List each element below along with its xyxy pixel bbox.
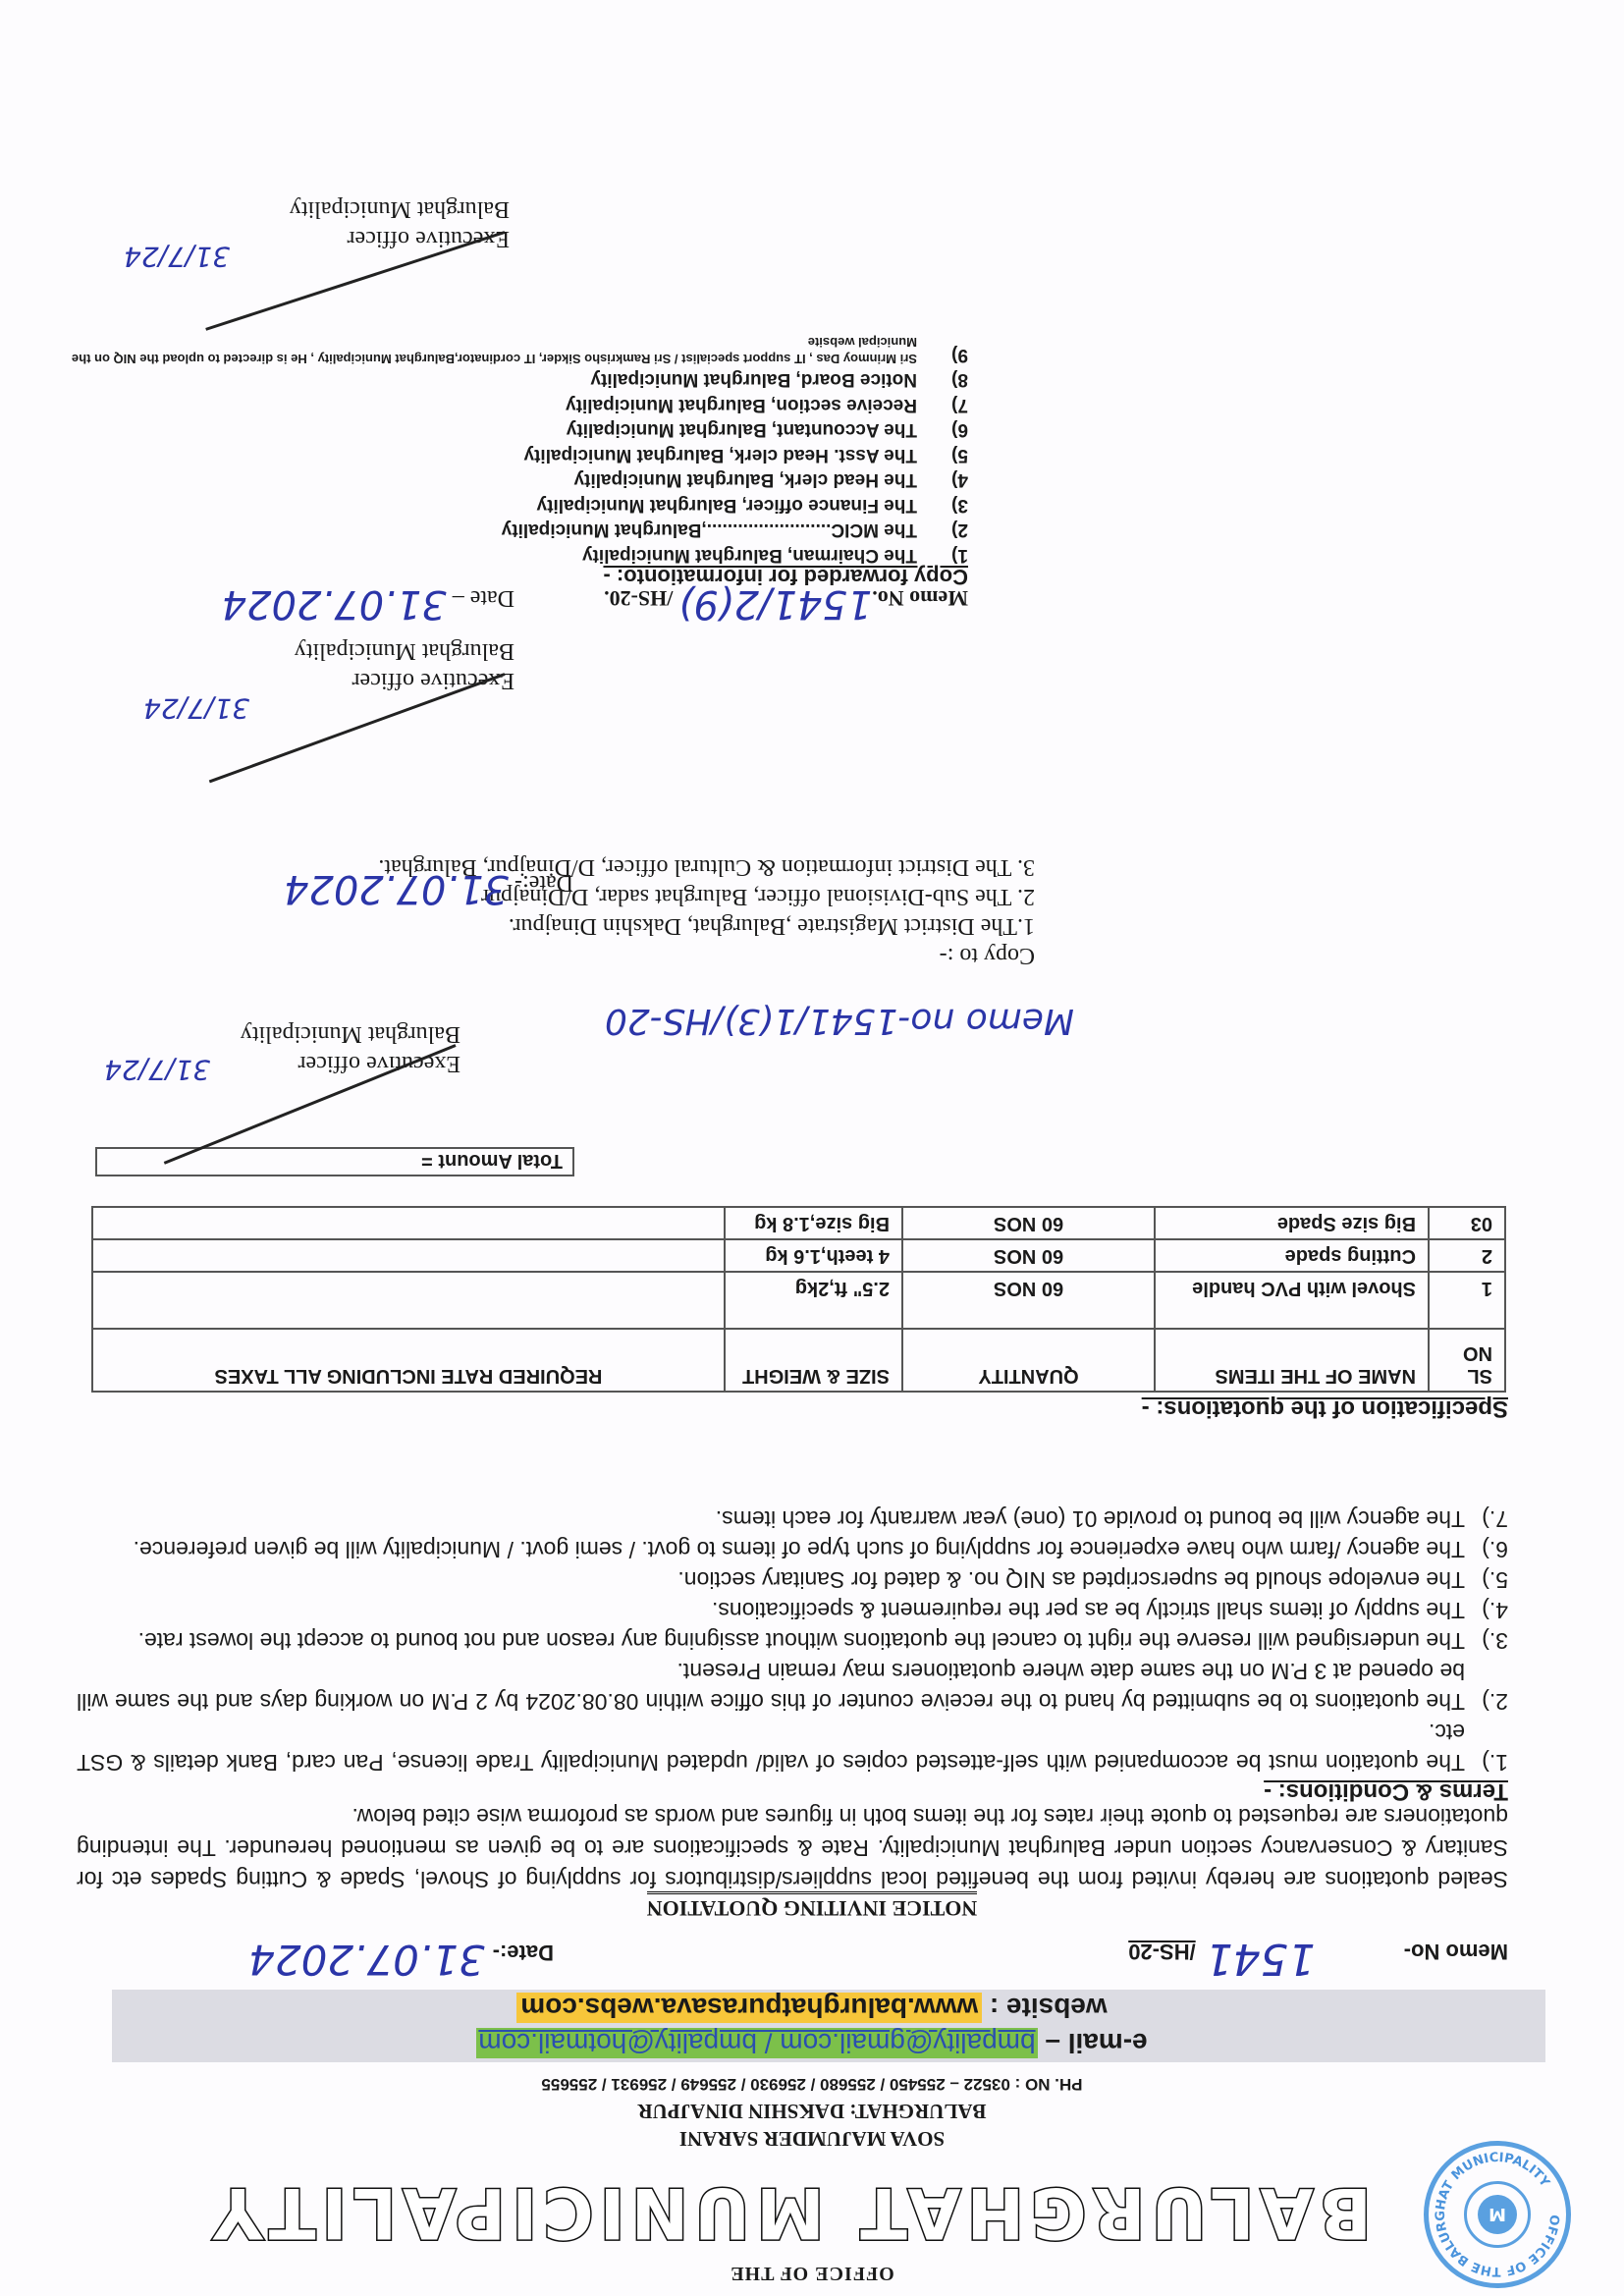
date-handwritten: 31.07.2024 [248,1936,484,1984]
website-label: website : [990,1993,1108,2023]
col-size-weight: SIZE & WEIGHT [725,1329,902,1392]
col-required-rate: REQUIRED RATE INCLUDING ALL TAXES [92,1329,725,1392]
col-quantity: QUANTITY [902,1329,1155,1392]
signature-date: Date –31.07.2024 [222,581,514,627]
signatory-office: Balurghat Municipality [241,1019,460,1049]
memo-number: Memo No-1541/HS-20 [1128,1934,1508,1984]
office-of-label: OFFICE OF THE [0,2262,1624,2284]
term-item: 5.)The envelope should be superscripted … [77,1564,1508,1595]
date-label: Date:- [493,1941,554,1965]
copy-to-memo-handwritten: Memo no-1541/1(3)/HS-20 [605,1001,1074,1041]
signature-initial-date: 31/7/24 [104,1054,210,1086]
list-item: 9)Sri Mrinmoy Das , IT support specialis… [0,334,968,367]
scanned-document-page: OFFICE OF THE BALURGHAT MUNICIPALITY M O… [0,0,1624,2296]
list-item: 1)The Chairman, Balurghat Municipality [0,543,968,569]
website-link[interactable]: www.balurghatpurasava.webs.com [516,1993,982,2023]
memo-date: Date:-31.07.2024 [248,1936,554,1984]
signature-block: Executive officer Balurghat Municipality [290,194,510,253]
address-line-2: BALURGHAT: DAKSHIN DINAJPUR [0,2099,1624,2123]
signature-block: Executive officer Balurghat Municipality [295,636,514,695]
specification-heading: Specification of the quotations: - [1142,1394,1508,1422]
list-item: 6)The Accountant, Balurghat Municipality [0,417,968,443]
municipality-title: BALURGHAT MUNICIPALITY [181,2172,1398,2253]
col-sl-no: SL NO [1429,1329,1505,1392]
copy-to-date: Date:-31.07.2024 [284,866,573,911]
specification-table: SL NO NAME OF THE ITEMS QUANTITY SIZE & … [91,1206,1506,1393]
list-item: 3)The Finance officer, Balurghat Municip… [0,493,968,519]
term-item: 3.)The undersigned will reserve the righ… [77,1625,1508,1656]
term-item: 1.)The quotation must be accompanied wit… [77,1717,1508,1777]
website-line: website : www.balurghatpurasava.webs.com [0,1992,1624,2023]
memo-label: Memo No- [1404,1940,1508,1964]
table-row: 2 Cutting spade 60 NOS 4 teeth,1.6 kg [92,1239,1505,1272]
list-item: 2)The MCIC........................,Balur… [0,518,968,543]
col-item-name: NAME OF THE ITEMS [1155,1329,1429,1392]
email-line: e-mail – bmpality@gmail.com / bmpality@h… [0,2027,1624,2058]
signature-initial-date: 31/7/24 [143,692,249,725]
term-item: 6.)The agency /farm who have experience … [77,1534,1508,1564]
list-item: 8)Notice Board, Balurghat Municipality [0,367,968,393]
memo-number-handwritten: 1541 [1206,1934,1316,1984]
table-row: 1 Shovel with PVC handle 60 NOS 2.5" ft,… [92,1272,1505,1329]
term-item: 2.)The quotations to be submitted by han… [77,1656,1508,1717]
terms-heading: Terms & Conditions: - [1264,1777,1508,1805]
table-row: 03 Big size Spade 60 NOS Big size,1.8 kg [92,1207,1505,1239]
list-item: 1.The District Magistrate ,Balurghat, Da… [378,911,1035,941]
list-item: 4)The Head clerk, Balurghat Municipality [0,467,968,493]
term-item: 4.)The supply of items shall strictly be… [77,1595,1508,1625]
notice-title: NOTICE INVITING QUOTATION [0,1895,1624,1921]
copy-forwarded-list: 1)The Chairman, Balurghat Municipality 2… [0,334,968,568]
list-item: 7)Receive section, Balurghat Municipalit… [0,393,968,418]
signature-block: Executive officer Balurghat Municipality [241,1019,460,1078]
intro-paragraph: Sealed quotations are hereby invited fro… [77,1801,1508,1895]
address-line-1: SOVA MAJUMDER SARANI [0,2126,1624,2151]
copy-to-heading: Copy to :- [940,942,1035,968]
memo-suffix: /HS-20 [1128,1940,1195,1964]
list-item: 5)The Asst. Head clerk, Balurghat Munici… [0,443,968,468]
terms-list: 1.)The quotation must be accompanied wit… [77,1503,1508,1777]
email-links[interactable]: bmpality@gmail.com / bmpality@hotmail.co… [476,2028,1037,2058]
phone-numbers: PH. NO : 03522 – 255450 / 255680 / 25693… [0,2074,1624,2094]
term-item: 7.)The agency will be bound to provide 0… [77,1503,1508,1534]
email-label: e-mail – [1045,2028,1147,2058]
signatory-designation: Executive officer [241,1049,460,1078]
signature-initial-date: 31/7/24 [124,241,230,273]
